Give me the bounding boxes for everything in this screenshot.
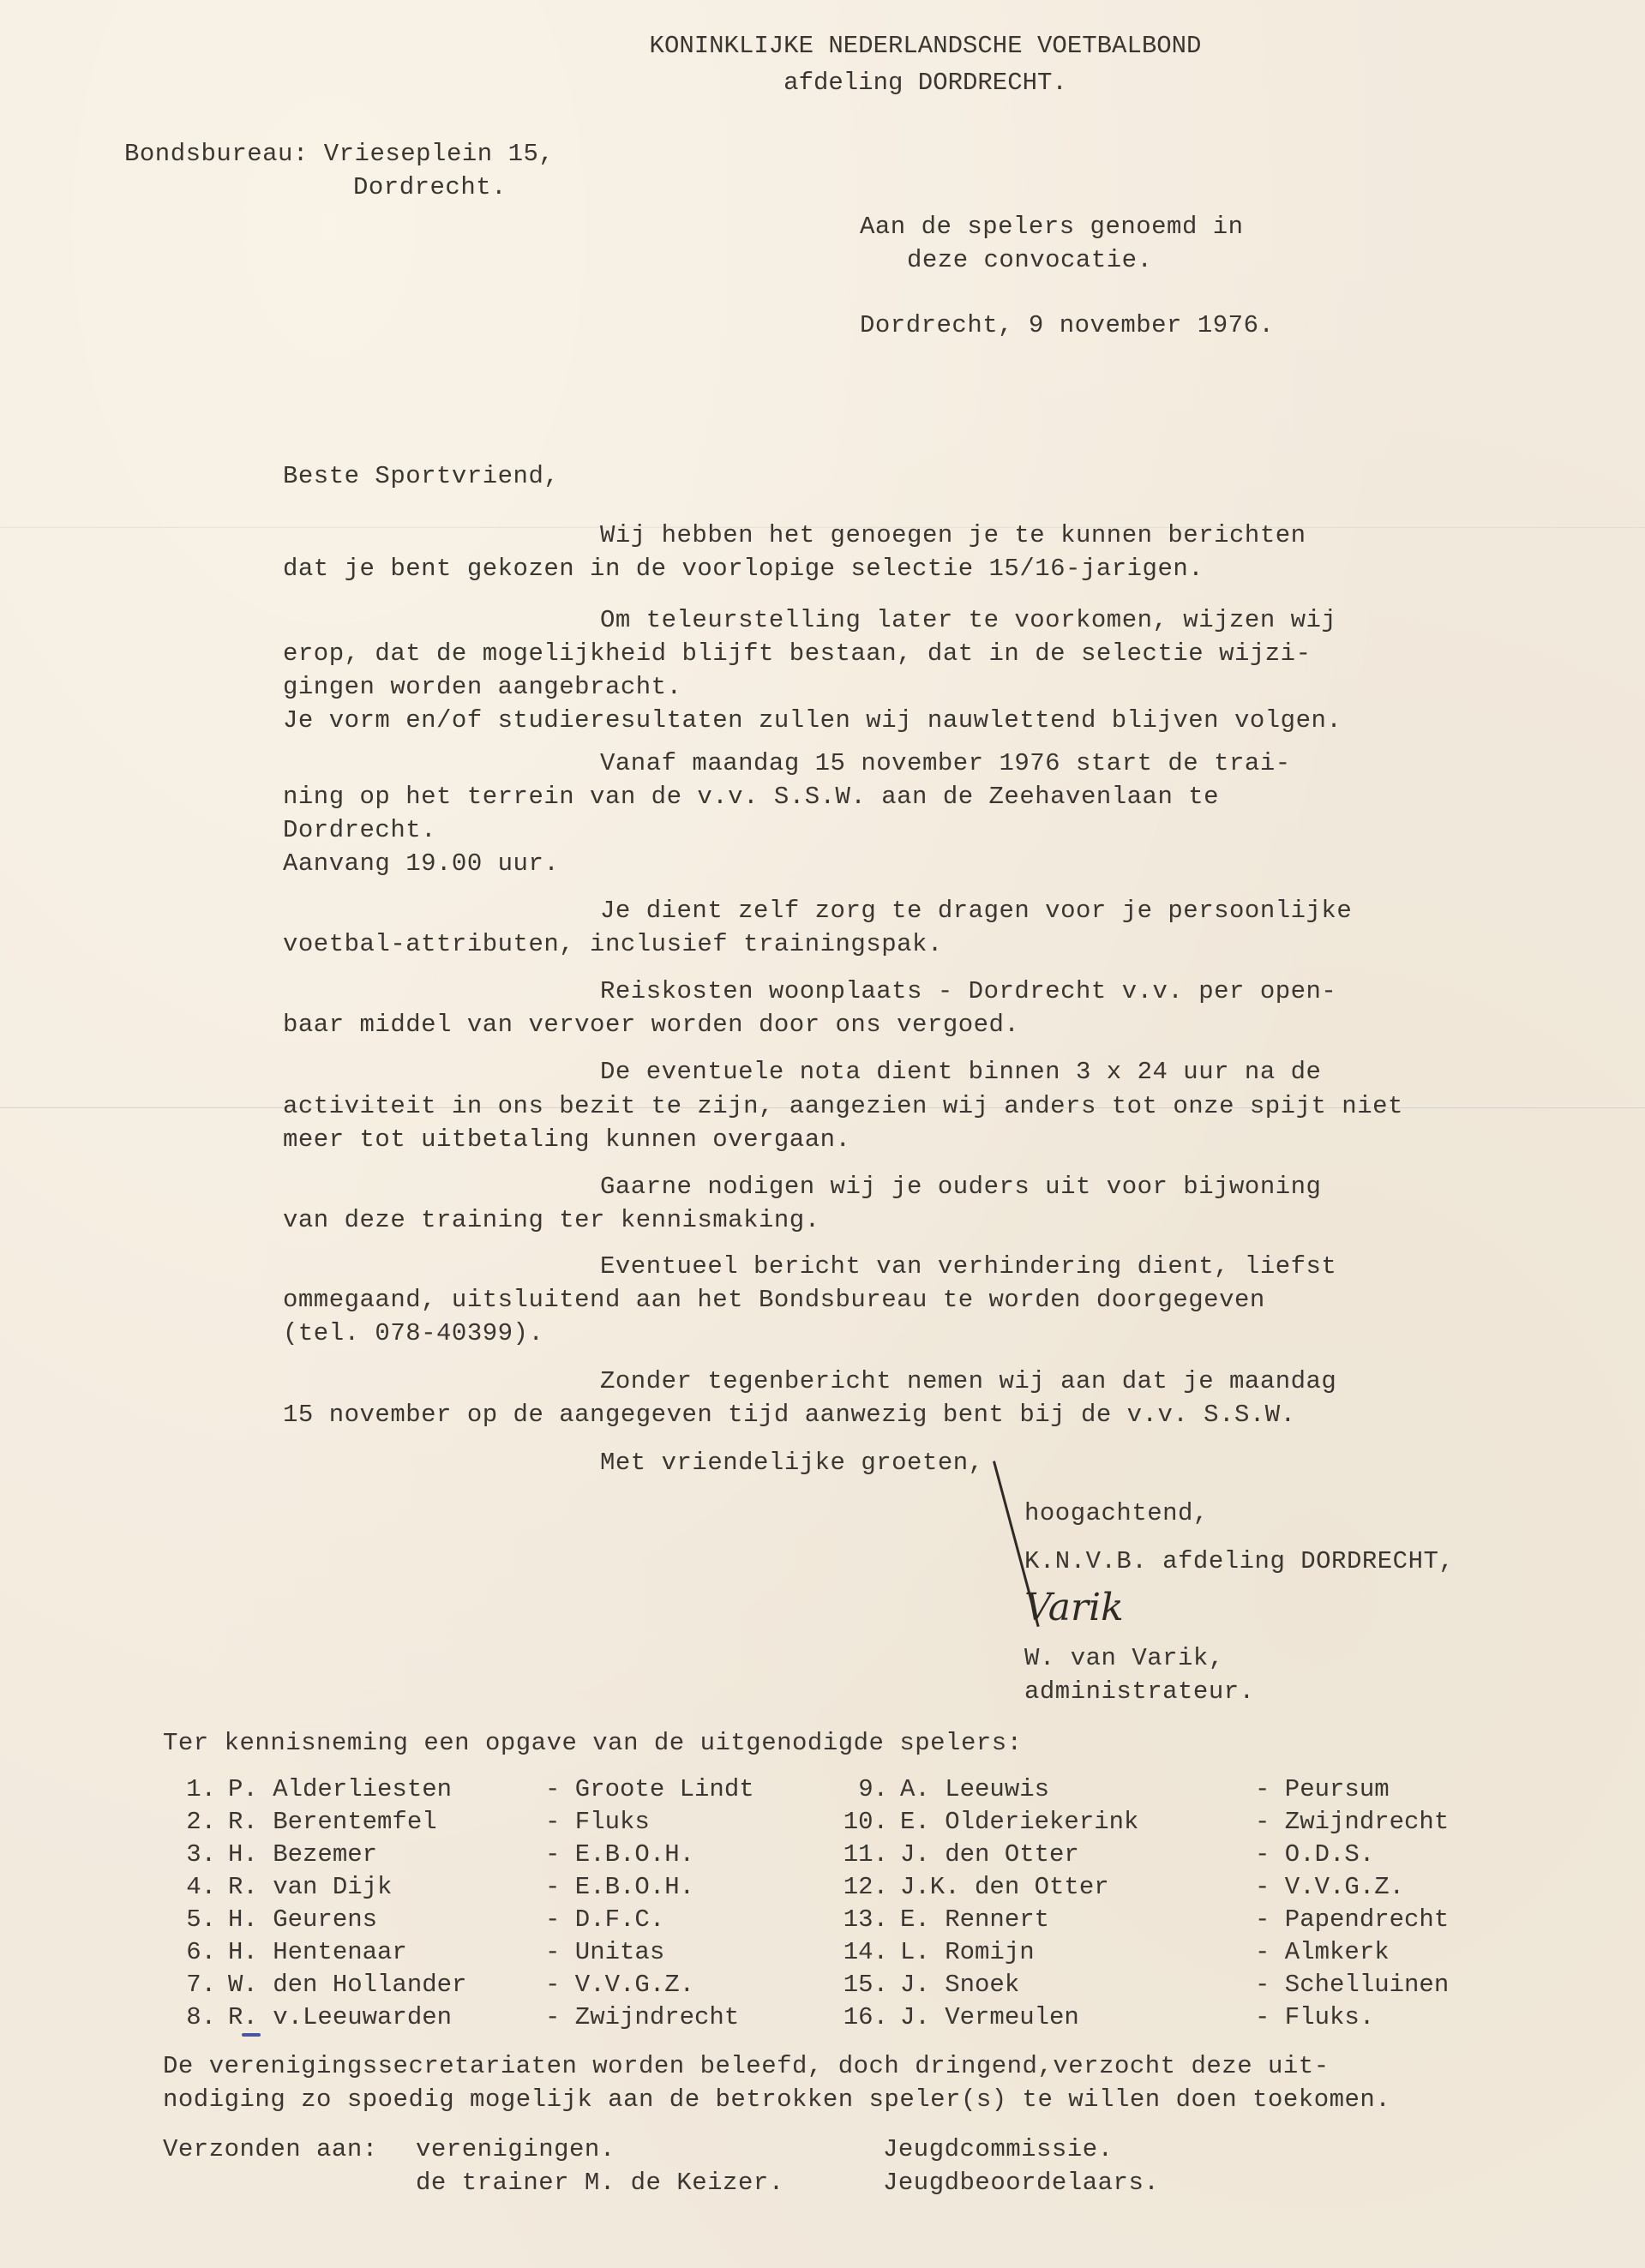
- body-line: activiteit in ons bezit te zijn, aangezi…: [283, 1090, 1403, 1123]
- closing-greeting: Met vriendelijke groeten,: [600, 1447, 984, 1479]
- player-row: 4.R. van Dijk- E.B.O.H.: [163, 1871, 754, 1904]
- sent-to-youth-committee: Jeugdcommissie.: [883, 2133, 1114, 2166]
- players-list-left: 1.P. Alderliesten- Groote Lindt 2.R. Ber…: [163, 1773, 754, 2034]
- player-club: - V.V.G.Z.: [545, 1969, 694, 2001]
- body-line: gingen worden aangebracht.: [283, 671, 681, 704]
- player-row: 8.R. v.Leeuwarden- Zwijndrecht: [163, 2001, 754, 2034]
- body-line: Je dient zelf zorg te dragen voor je per…: [600, 895, 1352, 927]
- letterhead-organisation: KONINKLIJKE NEDERLANDSCHE VOETBALBOND: [0, 30, 1645, 63]
- player-club: - Papendrecht: [1255, 1904, 1449, 1936]
- player-number: 12.: [823, 1871, 888, 1904]
- player-name: E. Olderiekerink: [888, 1806, 1255, 1839]
- sent-to-clubs: verenigingen.: [416, 2133, 615, 2166]
- sender-address-line1: Bondsbureau: Vrieseplein 15,: [124, 138, 554, 171]
- body-line: Reiskosten woonplaats - Dordrecht v.v. p…: [600, 975, 1336, 1008]
- body-line: meer tot uitbetaling kunnen overgaan.: [283, 1124, 850, 1156]
- body-line: van deze training ter kennismaking.: [283, 1204, 820, 1237]
- player-row: 14.L. Romijn- Almkerk: [823, 1936, 1449, 1969]
- player-name: J.K. den Otter: [888, 1871, 1255, 1904]
- body-line: Je vorm en/of studieresultaten zullen wi…: [283, 705, 1342, 737]
- player-club: - O.D.S.: [1255, 1839, 1374, 1871]
- handwritten-signature: Varik: [1024, 1586, 1124, 1629]
- salutation: Beste Sportvriend,: [283, 460, 559, 493]
- sent-to-youth-assessors: Jeugdbeoordelaars.: [883, 2167, 1159, 2199]
- player-name: J. Snoek: [888, 1969, 1255, 2001]
- body-line: Zonder tegenbericht nemen wij aan dat je…: [600, 1365, 1336, 1398]
- player-club: - Almkerk: [1255, 1936, 1390, 1969]
- player-row: 9.A. Leeuwis- Peursum: [823, 1773, 1449, 1806]
- player-name: H. Bezemer: [216, 1839, 545, 1871]
- player-name: W. den Hollander: [216, 1969, 545, 2001]
- player-row: 10.E. Olderiekerink- Zwijndrecht: [823, 1806, 1449, 1839]
- body-line: (tel. 078-40399).: [283, 1317, 543, 1350]
- player-club: - Zwijndrecht: [1255, 1806, 1449, 1839]
- ink-mark: [242, 2033, 261, 2037]
- player-club: - Fluks.: [1255, 2001, 1374, 2034]
- sent-to-label: Verzonden aan:: [163, 2133, 378, 2166]
- player-row: 5.H. Geurens- D.F.C.: [163, 1904, 754, 1936]
- player-club: - Unitas: [545, 1936, 664, 1969]
- body-line: Aanvang 19.00 uur.: [283, 848, 559, 880]
- player-number: 16.: [823, 2001, 888, 2034]
- players-list-right: 9.A. Leeuwis- Peursum 10.E. Olderiekerin…: [823, 1773, 1449, 2034]
- player-number: 1.: [163, 1773, 216, 1806]
- player-club: - Zwijndrecht: [545, 2001, 739, 2034]
- body-line: Om teleurstelling later te voorkomen, wi…: [600, 604, 1336, 637]
- player-club: - Schelluinen: [1255, 1969, 1449, 2001]
- player-club: - Groote Lindt: [545, 1773, 754, 1806]
- footer-request-line2: nodiging zo spoedig mogelijk aan de betr…: [163, 2084, 1390, 2116]
- player-name: H. Hentenaar: [216, 1936, 545, 1969]
- player-row: 16.J. Vermeulen- Fluks.: [823, 2001, 1449, 2034]
- player-number: 8.: [163, 2001, 216, 2034]
- player-row: 11.J. den Otter- O.D.S.: [823, 1839, 1449, 1871]
- player-name: R. van Dijk: [216, 1871, 545, 1904]
- player-club: - D.F.C.: [545, 1904, 664, 1936]
- player-name: H. Geurens: [216, 1904, 545, 1936]
- letter-date: Dordrecht, 9 november 1976.: [860, 309, 1274, 342]
- closing-organisation: K.N.V.B. afdeling DORDRECHT,: [1024, 1545, 1454, 1578]
- player-row: 15.J. Snoek- Schelluinen: [823, 1969, 1449, 2001]
- body-line: voetbal-attributen, inclusief trainingsp…: [283, 928, 943, 961]
- body-line: Gaarne nodigen wij je ouders uit voor bi…: [600, 1171, 1321, 1203]
- body-line: Eventueel bericht van verhindering dient…: [600, 1251, 1336, 1283]
- player-number: 2.: [163, 1806, 216, 1839]
- player-number: 11.: [823, 1839, 888, 1871]
- player-name: A. Leeuwis: [888, 1773, 1255, 1806]
- player-number: 9.: [823, 1773, 888, 1806]
- player-number: 14.: [823, 1936, 888, 1969]
- player-club: - E.B.O.H.: [545, 1839, 694, 1871]
- body-line: erop, dat de mogelijkheid blijft bestaan…: [283, 638, 1312, 670]
- letter-page: KONINKLIJKE NEDERLANDSCHE VOETBALBOND af…: [0, 0, 1645, 2268]
- player-name: R. Berentemfel: [216, 1806, 545, 1839]
- closing-respect: hoogachtend,: [1024, 1497, 1209, 1530]
- player-number: 5.: [163, 1904, 216, 1936]
- player-number: 4.: [163, 1871, 216, 1904]
- player-name: P. Alderliesten: [216, 1773, 545, 1806]
- player-club: - V.V.G.Z.: [1255, 1871, 1404, 1904]
- body-line: De eventuele nota dient binnen 3 x 24 uu…: [600, 1056, 1321, 1089]
- sent-to-trainer: de trainer M. de Keizer.: [416, 2167, 784, 2199]
- player-number: 10.: [823, 1806, 888, 1839]
- player-row: 2.R. Berentemfel- Fluks: [163, 1806, 754, 1839]
- body-line: 15 november op de aangegeven tijd aanwez…: [283, 1399, 1296, 1431]
- player-club: - Fluks: [545, 1806, 650, 1839]
- letterhead-department: afdeling DORDRECHT.: [0, 67, 1645, 99]
- player-row: 1.P. Alderliesten- Groote Lindt: [163, 1773, 754, 1806]
- player-number: 6.: [163, 1936, 216, 1969]
- player-club: - Peursum: [1255, 1773, 1390, 1806]
- recipient-line2: deze convocatie.: [907, 244, 1152, 277]
- player-name: E. Rennert: [888, 1904, 1255, 1936]
- body-line: Wij hebben het genoegen je te kunnen ber…: [600, 519, 1306, 552]
- players-intro: Ter kennisneming een opgave van de uitge…: [163, 1727, 1023, 1760]
- player-club: - E.B.O.H.: [545, 1871, 694, 1904]
- recipient-line1: Aan de spelers genoemd in: [860, 211, 1244, 243]
- player-name: R. v.Leeuwarden: [216, 2001, 545, 2034]
- body-line: Vanaf maandag 15 november 1976 start de …: [600, 747, 1291, 780]
- body-line: ommegaand, uitsluitend aan het Bondsbure…: [283, 1284, 1265, 1317]
- body-line: Dordrecht.: [283, 814, 436, 847]
- player-row: 3.H. Bezemer- E.B.O.H.: [163, 1839, 754, 1871]
- player-number: 13.: [823, 1904, 888, 1936]
- player-name: L. Romijn: [888, 1936, 1255, 1969]
- player-row: 6.H. Hentenaar- Unitas: [163, 1936, 754, 1969]
- player-number: 7.: [163, 1969, 216, 2001]
- sender-address-line2: Dordrecht.: [353, 171, 507, 204]
- player-row: 13.E. Rennert- Papendrecht: [823, 1904, 1449, 1936]
- player-number: 3.: [163, 1839, 216, 1871]
- footer-request-line1: De verenigingssecretariaten worden belee…: [163, 2050, 1330, 2083]
- signatory-name: W. van Varik,: [1024, 1642, 1224, 1675]
- body-line: dat je bent gekozen in de voorlopige sel…: [283, 553, 1204, 585]
- player-name: J. Vermeulen: [888, 2001, 1255, 2034]
- player-row: 12.J.K. den Otter- V.V.G.Z.: [823, 1871, 1449, 1904]
- body-line: ning op het terrein van de v.v. S.S.W. a…: [283, 781, 1219, 813]
- player-number: 15.: [823, 1969, 888, 2001]
- body-line: baar middel van vervoer worden door ons …: [283, 1009, 1019, 1041]
- player-row: 7.W. den Hollander- V.V.G.Z.: [163, 1969, 754, 2001]
- signatory-title: administrateur.: [1024, 1676, 1255, 1708]
- player-name: J. den Otter: [888, 1839, 1255, 1871]
